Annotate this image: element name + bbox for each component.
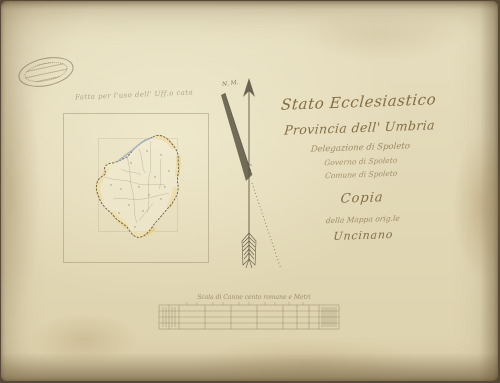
paper-stain: [301, 11, 461, 61]
title-source: della Mappa orig.le: [280, 212, 445, 227]
oval-archive-stamp-icon: [16, 52, 77, 91]
magnetic-needle-icon: [221, 93, 252, 181]
paper-stain: [0, 61, 41, 321]
photo-background: Fatta per l'uso dell' Uff.o catastale: [0, 0, 500, 383]
scale-grid: [159, 305, 339, 329]
title-block: Stato Ecclesiastico Provincia dell' Umbr…: [276, 90, 445, 245]
territory-map-figure: [91, 129, 195, 247]
pencil-annotation: Fatta per l'uso dell' Uff.o catastale: [75, 88, 193, 101]
paper-edge-shadow: [480, 1, 498, 381]
title-province: Provincia dell' Umbria: [277, 117, 442, 138]
paper-sheet: Fatta per l'uso dell' Uff.o catastale: [1, 1, 498, 381]
title-place: Uncinano: [281, 226, 446, 245]
paper-edge-shadow: [1, 353, 498, 381]
title-government: Governo di Spoleto: [278, 154, 443, 169]
title-delegation: Delegazione di Spoleto: [278, 140, 443, 156]
scale-top-ticks: [187, 302, 303, 305]
stamp-illegible-text: [23, 59, 70, 86]
title-copy: Copia: [279, 188, 444, 209]
scale-bar: [157, 295, 343, 335]
territory-outline: [96, 135, 178, 237]
title-commune: Comune di Spoleto: [279, 167, 444, 182]
title-state: Stato Ecclesiastico: [276, 90, 441, 114]
paper-edge-shadow: [1, 1, 498, 10]
